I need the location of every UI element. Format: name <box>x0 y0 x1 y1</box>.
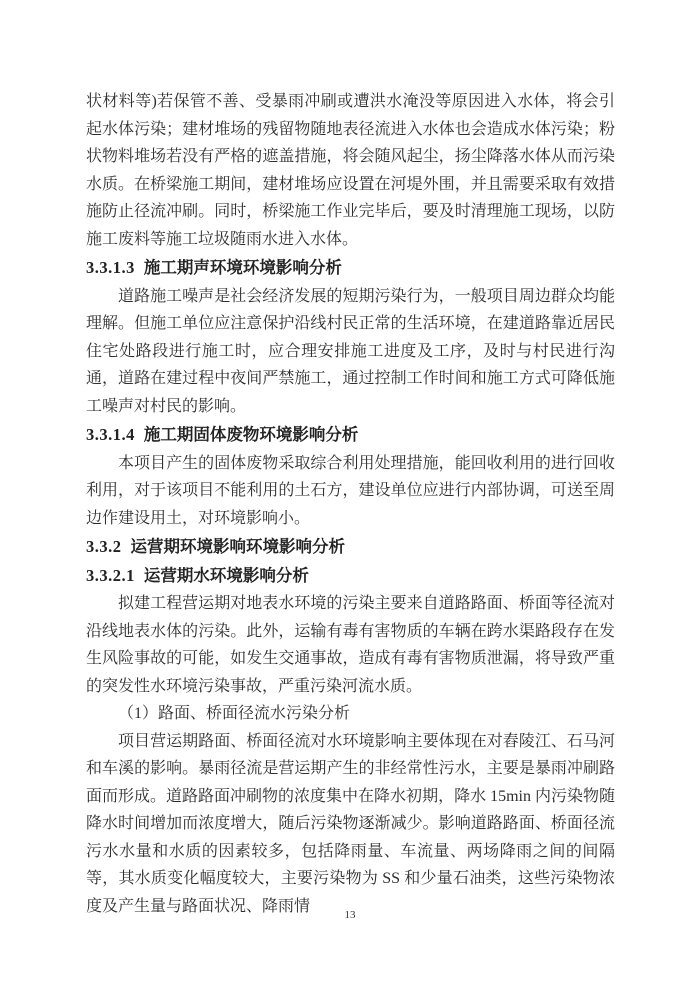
section-number: 3.3.1.4 <box>86 425 135 444</box>
paragraph-operation-water-pollution: 拟建工程营运期对地表水环境的污染主要来自道路路面、桥面等径流对沿线地表水体的污染… <box>86 590 615 700</box>
page-number: 13 <box>0 909 700 921</box>
section-title: 施工期固体废物环境影响分析 <box>144 425 359 444</box>
paragraph-runoff-detail: 项目营运期路面、桥面径流对水环境影响主要体现在对舂陵江、石马河和车溪的影响。暴雨… <box>86 728 615 921</box>
document-page: 状材料等)若保管不善、受暴雨冲刷或遭洪水淹没等原因进入水体，将会引起水体污染；建… <box>0 0 700 989</box>
paragraph-solid-waste: 本项目产生的固体废物采取综合利用处理措施，能回收利用的进行回收利用，对于该项目不… <box>86 450 615 533</box>
section-title: 运营期环境影响环境影响分析 <box>131 537 346 556</box>
section-number: 3.3.2 <box>86 537 122 556</box>
section-number: 3.3.2.1 <box>86 566 135 585</box>
section-heading-3-3-2: 3.3.2运营期环境影响环境影响分析 <box>86 533 615 561</box>
section-title: 施工期声环境环境影响分析 <box>144 258 342 277</box>
list-item-runoff-analysis: （1）路面、桥面径流水污染分析 <box>86 700 615 728</box>
text-block: 状材料等)若保管不善、受暴雨冲刷或遭洪水淹没等原因进入水体，将会引起水体污染；建… <box>86 88 615 920</box>
section-number: 3.3.1.3 <box>86 258 135 277</box>
section-heading-3-3-1-3: 3.3.1.3施工期声环境环境影响分析 <box>86 254 615 282</box>
section-title: 运营期水环境影响分析 <box>144 566 309 585</box>
section-heading-3-3-2-1: 3.3.2.1运营期水环境影响分析 <box>86 562 615 590</box>
section-heading-3-3-1-4: 3.3.1.4施工期固体废物环境影响分析 <box>86 421 615 449</box>
paragraph-construction-noise: 道路施工噪声是社会经济发展的短期污染行为，一般项目周边群众均能理解。但施工单位应… <box>86 283 615 421</box>
paragraph-construction-water-impact: 状材料等)若保管不善、受暴雨冲刷或遭洪水淹没等原因进入水体，将会引起水体污染；建… <box>86 88 615 253</box>
